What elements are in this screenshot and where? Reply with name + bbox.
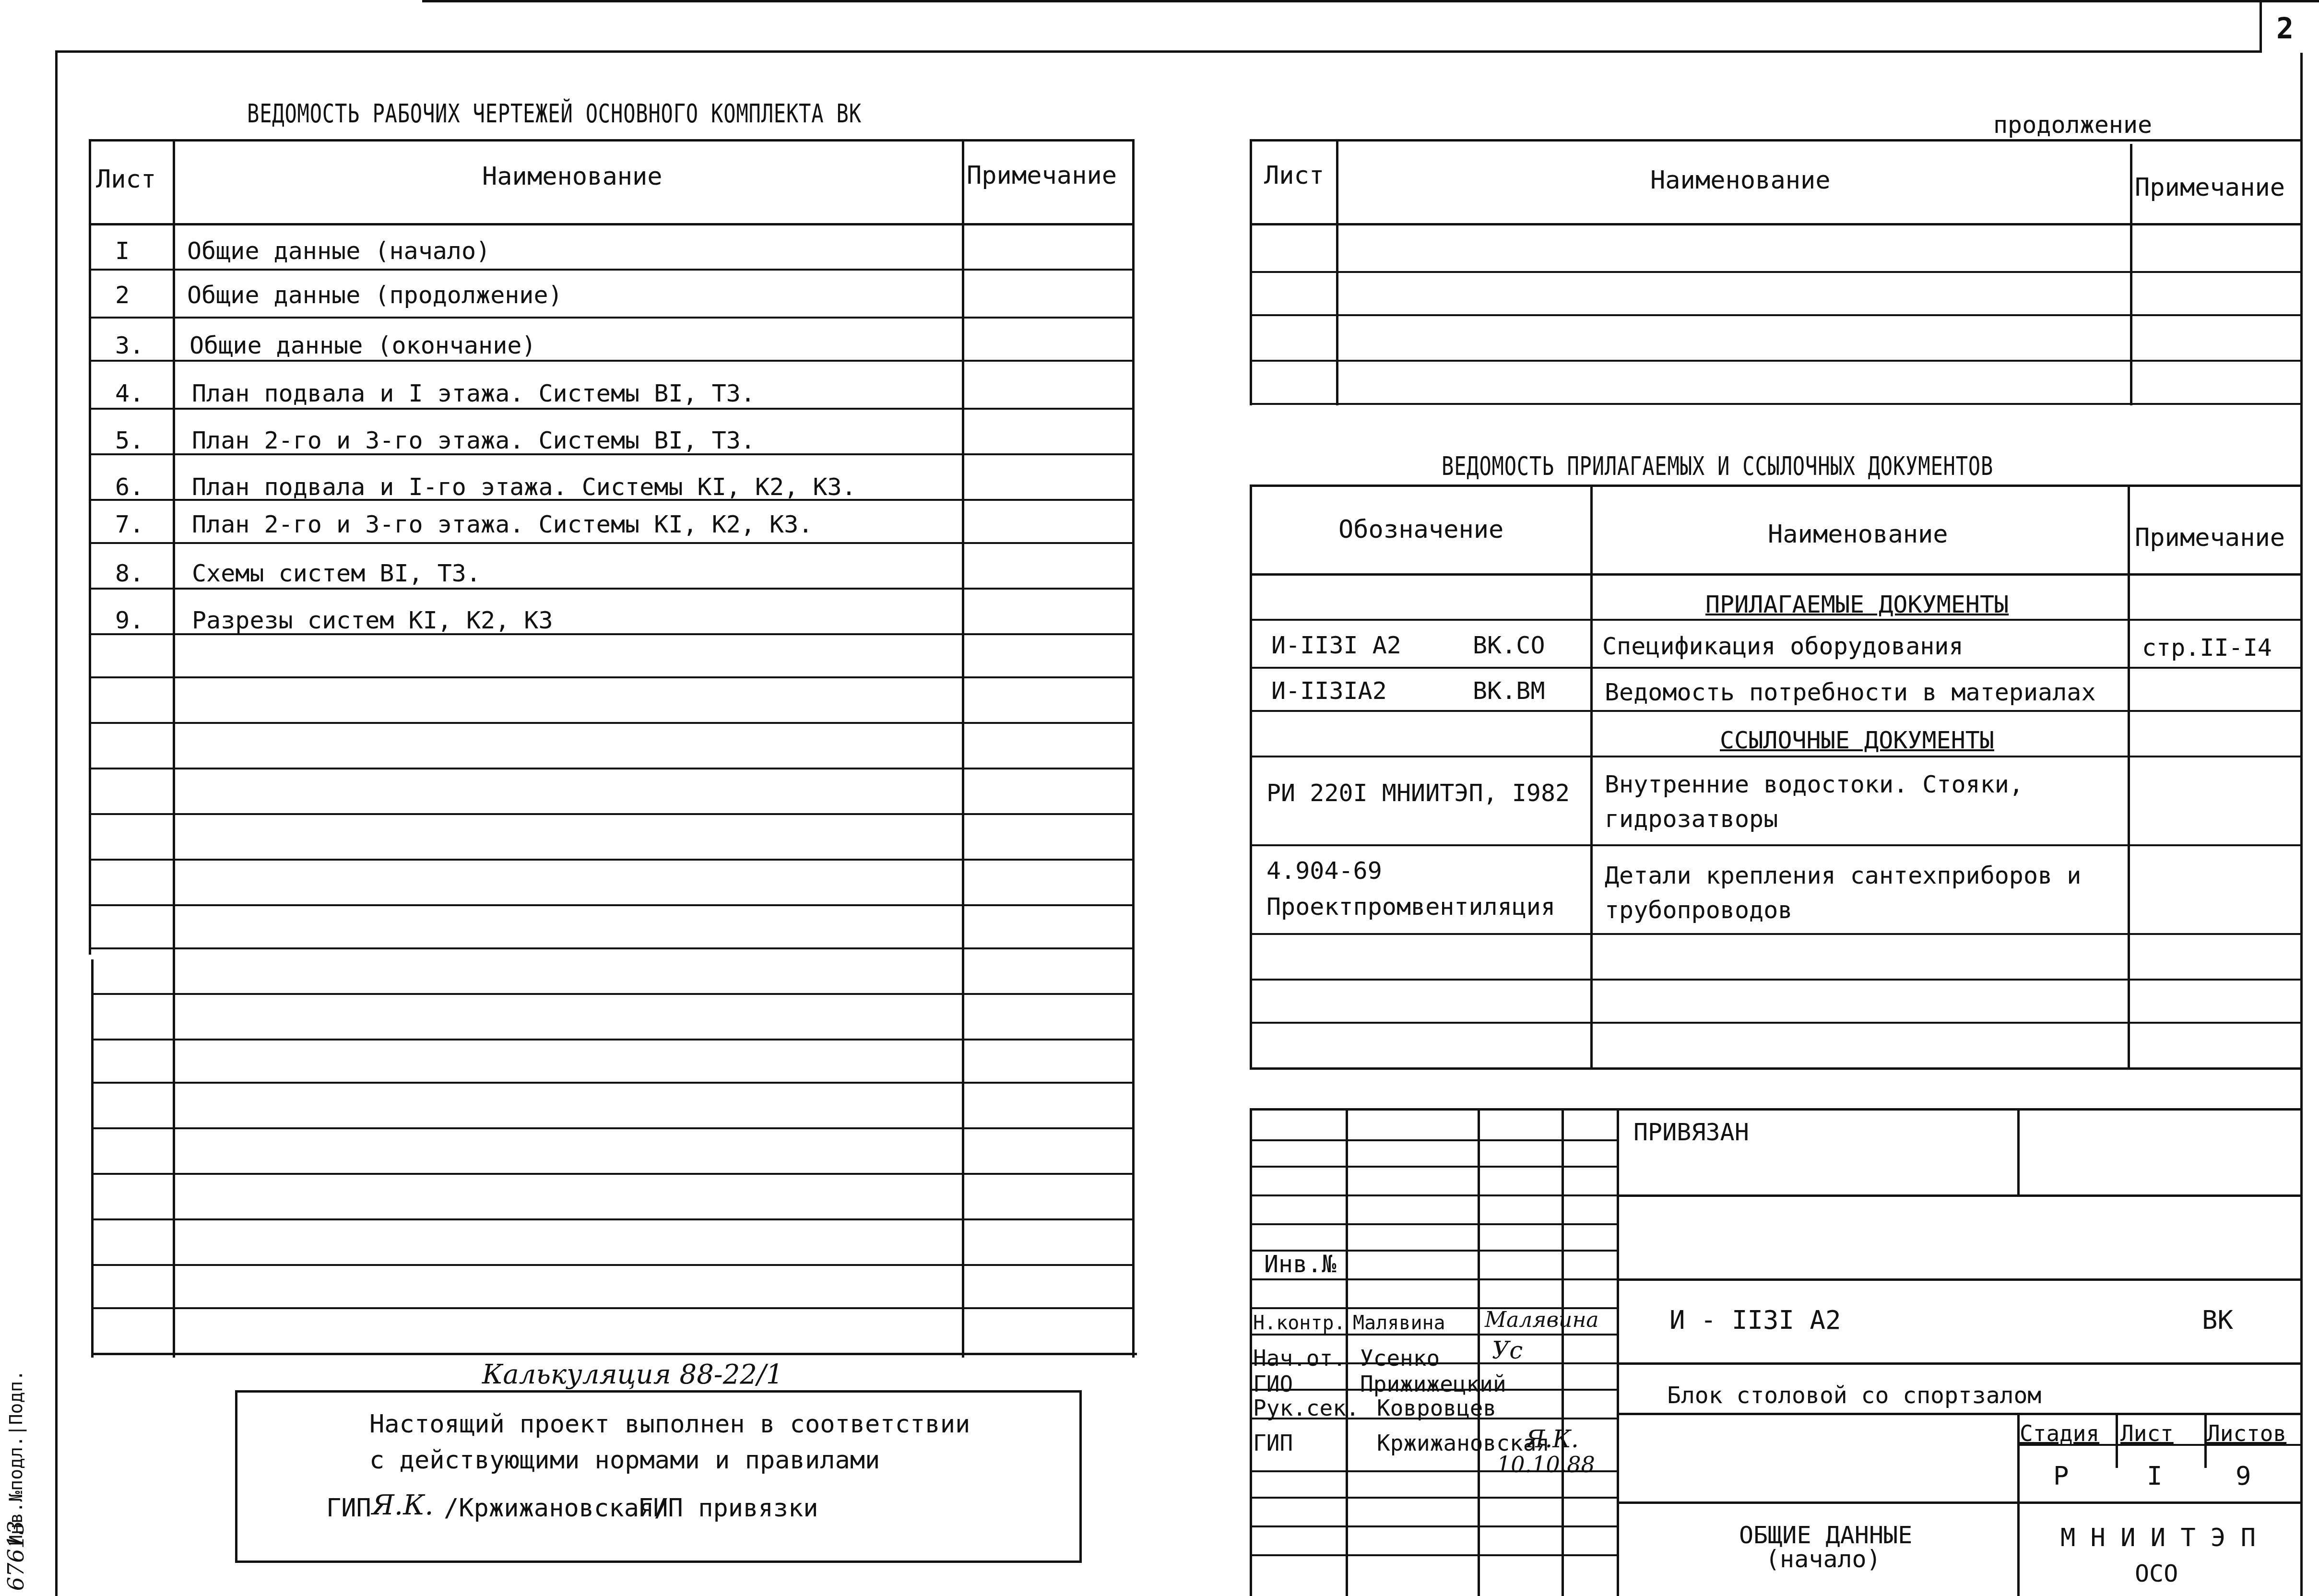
sheet-number: 2 — [2276, 14, 2294, 43]
signature-icon: Ус — [1492, 1338, 1523, 1362]
col-header-name: Наименование — [482, 164, 663, 189]
calculation-stamp: Калькуляция 88-22/1 — [482, 1361, 783, 1388]
row-sheet: 5. — [115, 428, 144, 452]
staff-role: Рук.сек. — [1253, 1397, 1360, 1419]
doc-name[interactable]: Спецификация оборудования — [1602, 634, 1964, 658]
staff-role: Н.контр. — [1253, 1313, 1346, 1333]
cont-col-note: Примечание — [2135, 175, 2285, 200]
staff-role: ГИО — [1253, 1373, 1293, 1395]
row-sheet: 4. — [115, 381, 144, 405]
staff-name: Ковровцев — [1377, 1397, 1496, 1419]
stage-label: Стадия — [2020, 1422, 2099, 1444]
doc-code-cont: Проектпромвентиляция — [1266, 895, 1555, 919]
row-name[interactable]: План подвала и I-го этажа. Системы KI, K… — [192, 475, 856, 499]
organization: М Н И И Т Э П — [2060, 1525, 2256, 1550]
compliance-gip-binding: ГИП привязки — [638, 1496, 818, 1521]
sheet-value: I — [2147, 1463, 2163, 1489]
row-name[interactable]: Схемы систем BI, T3. — [192, 561, 481, 585]
compliance-box: Настоящий проект выполнен в соответствии… — [235, 1390, 1082, 1563]
row-name[interactable]: План подвала и I этажа. Системы BI, T3. — [192, 381, 755, 405]
drawings-list-title: ВЕДОМОСТЬ РАБОЧИХ ЧЕРТЕЖЕЙ ОСНОВНОГО КОМ… — [247, 101, 862, 127]
compliance-gip-name: /Кржижановская/ — [444, 1496, 669, 1521]
stage-value: Р — [2053, 1463, 2069, 1489]
row-sheet: 8. — [115, 561, 144, 585]
staff-role: Нач.от. — [1253, 1347, 1346, 1369]
compliance-line-2: с действующими нормами и правилами — [369, 1448, 880, 1473]
sign-date: 10.10.88 — [1497, 1454, 1595, 1476]
doc-col-name: Наименование — [1768, 522, 1948, 547]
left-margin-stamp: Инв.№подл.|Подп. 67613 — [0, 1343, 29, 1593]
sheet-label: Лист — [2120, 1422, 2174, 1444]
staff-name: Прижижецкий — [1360, 1373, 1506, 1395]
inv-label: Инв.№ — [1264, 1252, 1337, 1276]
col-header-sheet: Лист — [96, 167, 156, 192]
signature-icon: Я.К. — [372, 1491, 434, 1519]
row-name[interactable]: План 2-го и 3-го этажа. Системы BI, T3. — [192, 428, 755, 452]
margin-stamp-label: Инв.№подл.|Подп. — [7, 1370, 25, 1546]
cont-col-sheet: Лист — [1264, 163, 1324, 188]
row-sheet: 3. — [115, 333, 144, 357]
privyazan-label: ПРИВЯЗАН — [1633, 1120, 1749, 1144]
doc-note: стр.II-I4 — [2142, 636, 2272, 660]
row-name[interactable]: План 2-го и 3-го этажа. Системы KI, K2, … — [192, 512, 813, 536]
doc-name[interactable]: Детали крепления сантехприборов и — [1605, 863, 2081, 887]
doc-code-suffix: ВК.СО — [1473, 633, 1545, 657]
right-border — [2300, 53, 2303, 1596]
left-border — [55, 50, 58, 1596]
designation: И - II3I A2 — [1669, 1307, 1841, 1333]
sheet-title-sub: (начало) — [1765, 1547, 1881, 1571]
staff-name: Кржижановская — [1377, 1432, 1550, 1454]
doc-col-designation: Обозначение — [1338, 517, 1503, 542]
doc-code: И-II3IA2 — [1271, 679, 1387, 703]
signature-icon: Я.К. — [1526, 1427, 1579, 1451]
frame-top — [55, 50, 2262, 53]
staff-role: ГИП — [1253, 1432, 1293, 1454]
doc-name[interactable]: Внутренние водостоки. Стояки, — [1605, 772, 2023, 796]
doc-name[interactable]: Ведомость потребности в материалах — [1605, 680, 2096, 704]
compliance-line-1: Настоящий проект выполнен в соответствии — [369, 1412, 970, 1437]
doc-code: РИ 220I МНИИТЭП, I982 — [1266, 781, 1570, 805]
documents-list-title: ВЕДОМОСТЬ ПРИЛАГАЕМЫХ И ССЫЛОЧНЫХ ДОКУМЕ… — [1442, 453, 1993, 479]
object-name: Блок столовой со спортзалом — [1667, 1384, 2041, 1407]
doc-col-note: Примечание — [2135, 525, 2285, 550]
doc-name-cont: трубопроводов — [1605, 898, 1792, 922]
row-name[interactable]: Общие данные (начало) — [187, 239, 490, 263]
col-header-note: Примечание — [967, 163, 1117, 188]
section-reference-heading: ССЫЛОЧНЫЕ ДОКУМЕНТЫ — [1720, 728, 1994, 752]
doc-code: И-II3I A2 — [1271, 633, 1401, 657]
row-name[interactable]: Общие данные (продолжение) — [187, 283, 563, 307]
cont-col-name: Наименование — [1650, 168, 1831, 193]
staff-name: Малявина — [1353, 1313, 1445, 1333]
top-border — [422, 0, 2319, 2]
row-sheet: 2 — [115, 283, 130, 307]
row-sheet: 9. — [115, 608, 144, 632]
doc-code: 4.904-69 — [1266, 859, 1382, 883]
row-name[interactable]: Общие данные (окончание) — [189, 333, 536, 357]
sheet-title: ОБЩИЕ ДАННЫЕ — [1739, 1523, 1912, 1547]
compliance-gip-label: ГИП — [326, 1496, 371, 1521]
section-code: ВК — [2202, 1307, 2233, 1333]
sheets-label: Листов — [2207, 1422, 2286, 1444]
margin-stamp-value: 67613 — [5, 1521, 27, 1591]
signature-icon: Малявина — [1485, 1310, 1599, 1331]
organization-dept: ОСО — [2135, 1561, 2178, 1585]
row-sheet: 6. — [115, 475, 144, 499]
sheet-num-divider — [2260, 0, 2262, 53]
row-sheet: 7. — [115, 512, 144, 536]
sheets-value: 9 — [2236, 1463, 2251, 1489]
section-attached-heading: ПРИЛАГАЕМЫЕ ДОКУМЕНТЫ — [1705, 592, 2009, 616]
staff-name: Усенко — [1360, 1347, 1440, 1369]
continuation-label: продолжение — [1993, 113, 2152, 137]
row-sheet: I — [115, 239, 130, 263]
row-name[interactable]: Разрезы систем KI, K2, K3 — [192, 608, 553, 632]
doc-code-suffix: ВК.ВМ — [1473, 679, 1545, 703]
doc-name-cont: гидрозатворы — [1605, 807, 1778, 831]
